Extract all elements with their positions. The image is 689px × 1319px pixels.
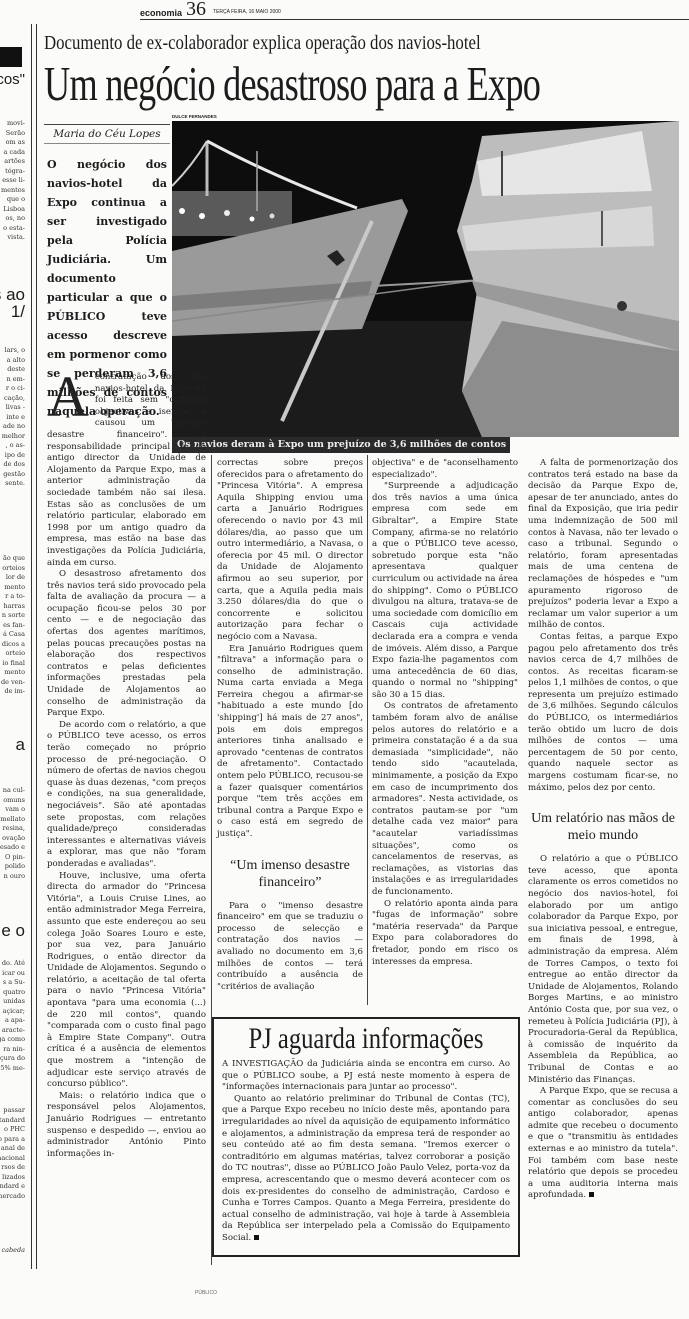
article-column-1: A contratação dos três navios-hotel da E… [47, 372, 206, 1160]
article-headline: Um negócio desastroso para a Expo [44, 54, 540, 114]
neighbor-text-fragment: ão que orteios lor de mento r a to- harr… [1, 554, 25, 697]
article-paragraph: O desastroso afretamento dos três navios… [47, 569, 206, 720]
article-kicker: Documento de ex-colaborador explica oper… [44, 32, 481, 55]
neighbor-headline-fragment: cos" [0, 71, 25, 88]
article-paragraph: objectiva" e de "aconselhamento especial… [372, 458, 518, 481]
article-paragraph: Contas feitas, a parque Expo pagou pelo … [528, 632, 678, 794]
end-of-article-mark [589, 1192, 594, 1197]
sidebar-box: PJ aguarda informações A INVESTIGAÇÃO da… [212, 1017, 520, 1257]
article-column-2: correctas sobre preços oferecidos para o… [217, 458, 363, 993]
article-column-3: objectiva" e de "aconselhamento especial… [372, 458, 518, 968]
neighbor-headline-fragment: e o [1, 922, 25, 939]
article-paragraph: Mais: o relatório indica que o responsáv… [47, 1091, 206, 1161]
neighbor-text-fragment: lars, o a alto deste n em- r o ci- cação… [2, 346, 25, 489]
footer-publication: PÚBLICO [195, 1290, 217, 1296]
box-title: PJ aguarda informações [248, 1019, 484, 1059]
neighbor-article-strip: cos" movi- Serão om as a cada artões tóg… [0, 24, 29, 1269]
neighbor-signature: na cabeda [0, 1246, 25, 1256]
neighbor-text-fragment: movi- Serão om as a cada artões tógra- e… [1, 119, 25, 243]
column-divider [367, 455, 368, 1005]
drop-cap: A [47, 374, 89, 420]
article-paragraph: Os contratos de afretamento também foram… [372, 701, 518, 898]
box-body: A INVESTIGAÇÃO da Judiciária ainda se en… [222, 1059, 510, 1245]
ships-photo-illustration [172, 121, 679, 437]
section-name: economia [140, 8, 182, 18]
page-folio: economia 36 TERÇA FEIRA, 16 MAIO 2000 [140, 2, 689, 20]
article-paragraph: De acordo com o relatório, a que o PÚBLI… [47, 720, 206, 871]
byline: Maria do Céu Lopes [44, 124, 170, 144]
page-number: 36 [186, 0, 206, 18]
article-paragraph: A falta de pormenorização dos contratos … [528, 458, 678, 632]
article-column-4: A falta de pormenorização dos contratos … [528, 458, 678, 1202]
neighbor-black-box [0, 47, 22, 67]
neighbor-text-fragment: do. Até icar ou s a Su- quatro unidas aç… [0, 959, 25, 1073]
photo-credit: DULCE FERNANDES [172, 114, 217, 119]
article-subheading: Um relatório nas mãos de meio mundo [528, 810, 678, 844]
box-paragraph: A INVESTIGAÇÃO da Judiciária ainda se en… [222, 1059, 510, 1094]
issue-date: TERÇA FEIRA, 16 MAIO 2000 [213, 9, 281, 18]
article-paragraph: A Parque Expo, que se recusa a comentar … [528, 1086, 678, 1202]
end-of-article-mark [254, 1235, 259, 1240]
neighbor-text-fragment: passar tandard o PHC o para a anal de na… [0, 1106, 25, 1201]
article-paragraph: Para o "imenso desastre financeiro" em q… [217, 901, 363, 994]
neighbor-headline-fragment: s ao 1/ [0, 286, 25, 320]
photo-caption: Os navios deram à Expo um prejuízo de 3,… [172, 437, 510, 453]
neighbor-text-fragment: na cul- omuns vam o mellato resina, ovaç… [0, 786, 25, 881]
neighbor-headline-fragment: a [16, 736, 25, 753]
article-paragraph: Houve, inclusive, uma oferta directa do … [47, 871, 206, 1091]
article-photo [172, 121, 679, 437]
article-paragraph: "Surpreende a adjudicação dos três navio… [372, 481, 518, 701]
column-divider [31, 24, 32, 1269]
article-paragraph: O relatório a que o PÚBLICO teve acesso,… [528, 854, 678, 1086]
article-paragraph: O relatório aponta ainda para "fugas de … [372, 899, 518, 969]
box-paragraph: Quanto ao relatório preliminar do Tribun… [222, 1094, 510, 1245]
article-paragraph: Era Januário Rodrigues quem "filtrava" a… [217, 644, 363, 841]
article-paragraph: correctas sobre preços oferecidos para o… [217, 458, 363, 644]
article-subheading: “Um imenso desastre financeiro” [217, 857, 363, 891]
column-divider [36, 24, 37, 1269]
